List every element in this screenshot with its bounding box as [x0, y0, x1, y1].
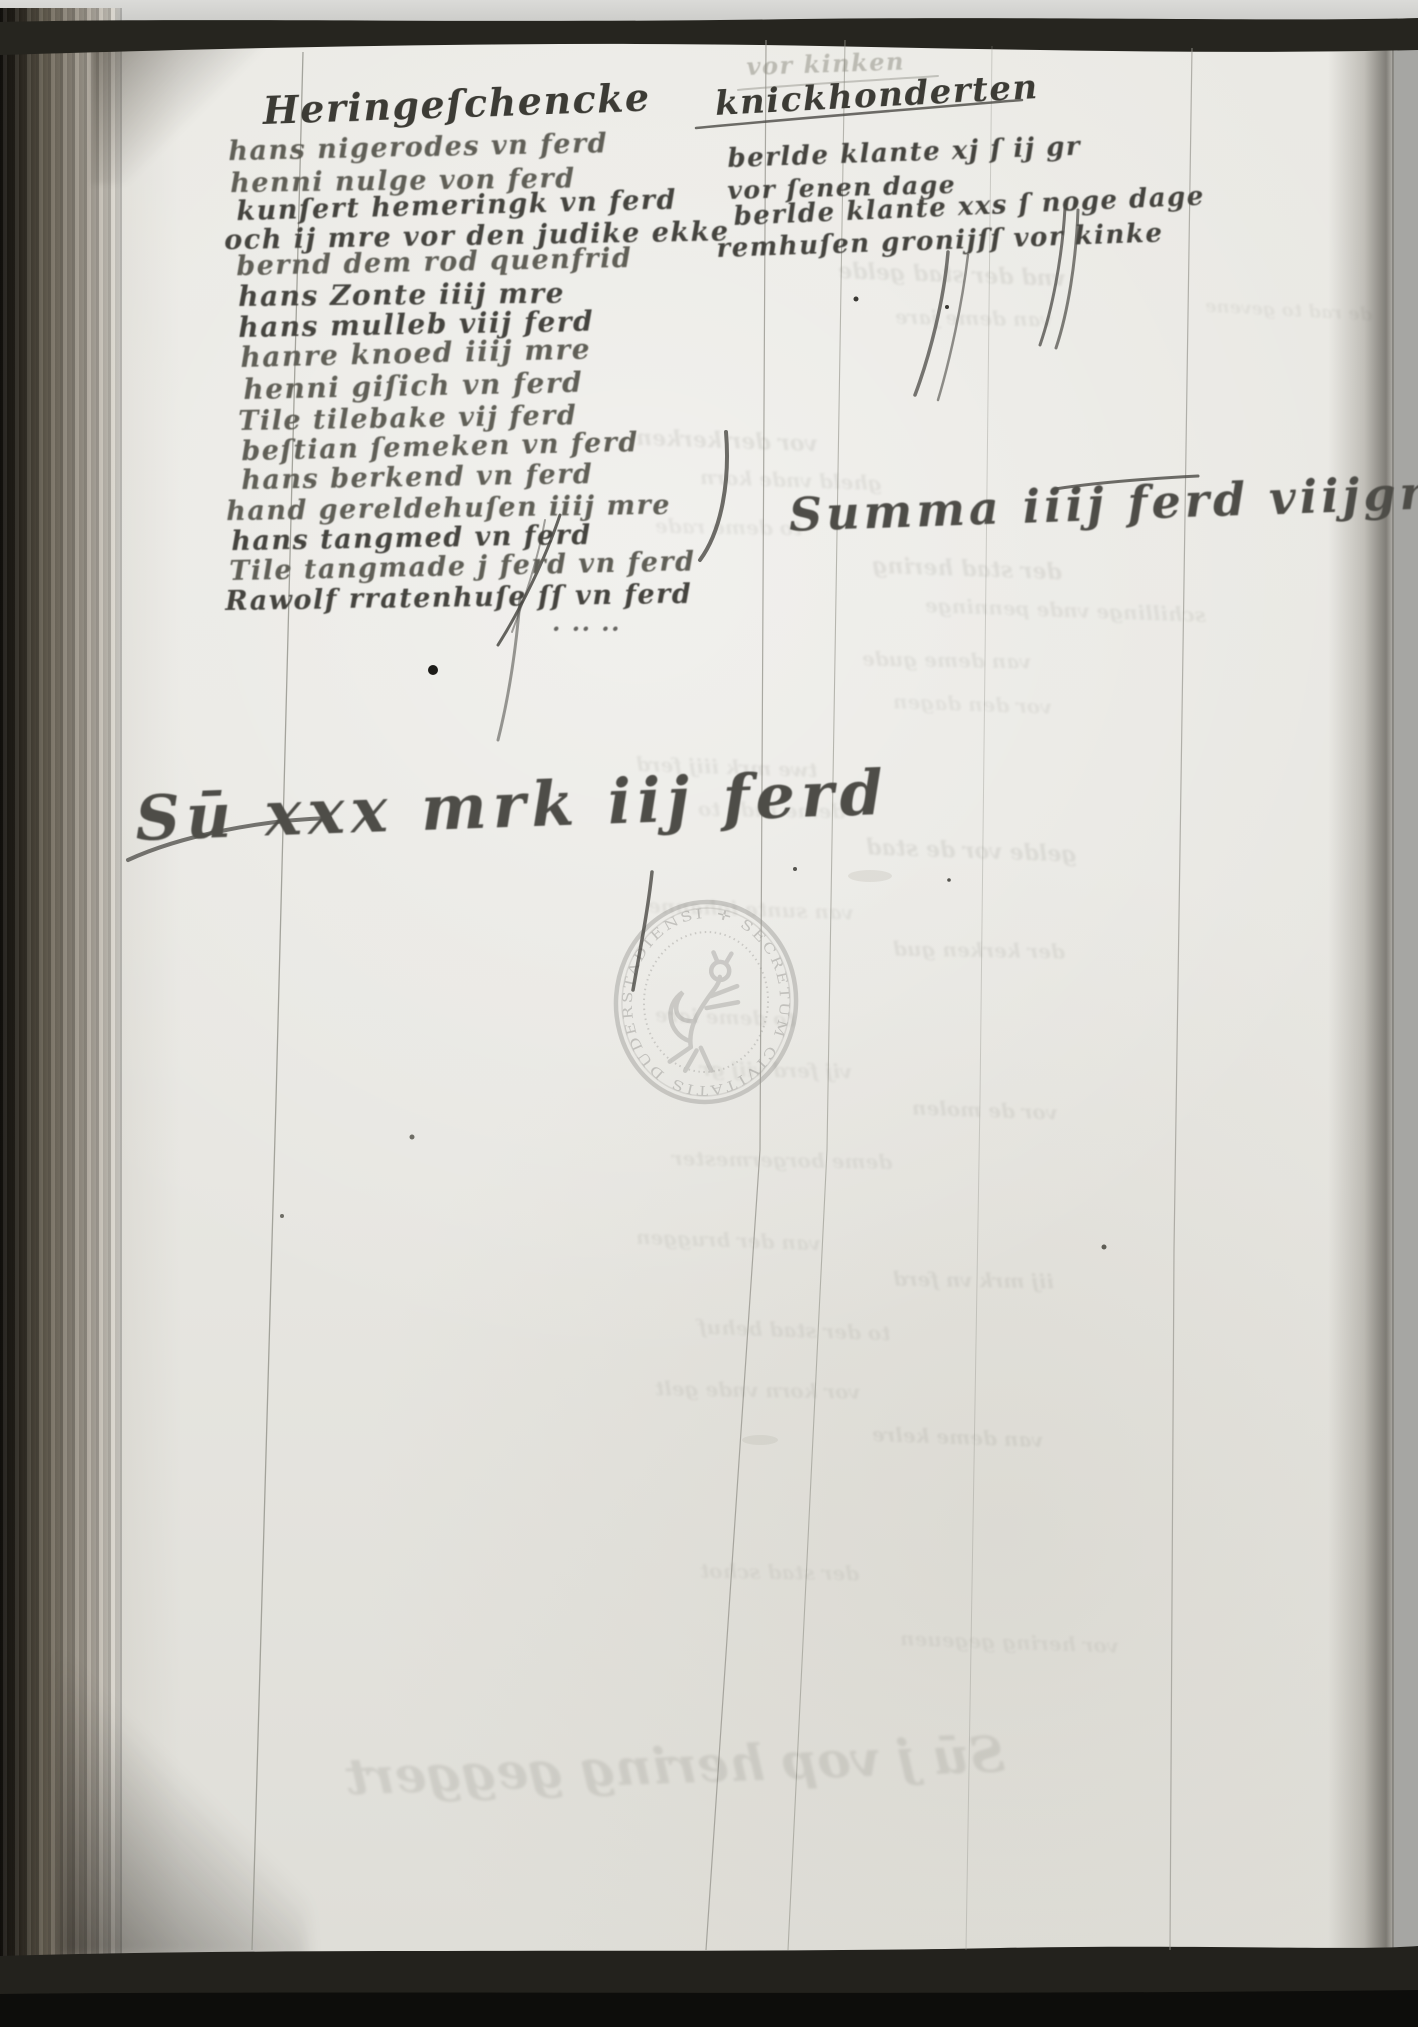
bleedthrough-line: to deme rade [655, 514, 803, 541]
bleedthrough-line: vor korn vnde gelt [655, 1376, 860, 1404]
bleedthrough-line: to deme iare [655, 1003, 797, 1032]
bleedthrough-line: van deme gude [862, 647, 1031, 674]
bleedthrough-line: deme rade to [698, 797, 846, 824]
bleedthrough-line: vor de molen [912, 1095, 1058, 1124]
binding-corner-shadow-bottom [58, 1640, 308, 1960]
bleedthrough-line: der stad schot [700, 1559, 860, 1586]
bleedthrough-line: der kerken gud [893, 937, 1065, 964]
bleedthrough-line: iij mrk vn ferd [893, 1267, 1054, 1294]
bleedthrough-line: vij ferd viij gr [700, 1057, 852, 1084]
page-bottom-edge-dark [0, 1990, 1418, 2027]
manuscript-entry-line: hans berkend vn ferd [241, 459, 594, 496]
pen-trials: · ·· ·· [552, 614, 621, 643]
bleedthrough-line: deme borgermester [672, 1146, 893, 1174]
bleedthrough-line: van deme jare [895, 305, 1053, 332]
scanner-background-top [0, 0, 1418, 30]
scanned-manuscript-page: ✛ SECRETUM CIVITATIS DUDERSTADIENSIS [0, 0, 1418, 2027]
